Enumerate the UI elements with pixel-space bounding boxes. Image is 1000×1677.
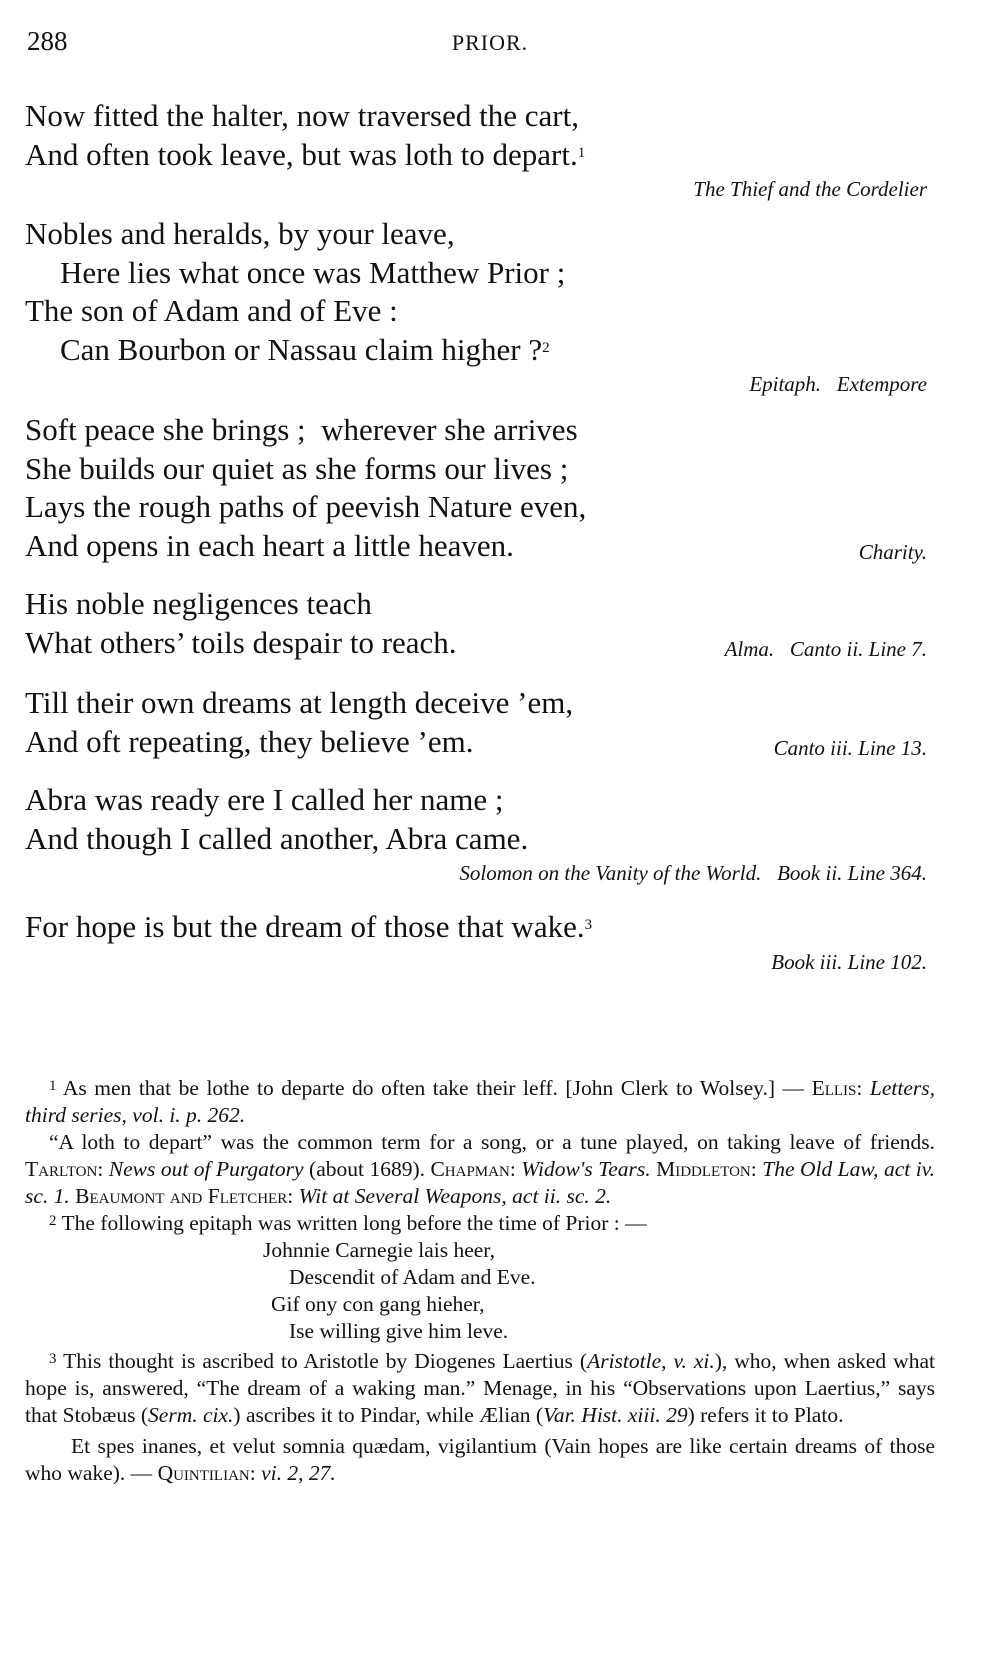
quote-solomon: Abra was ready ere I called her name ; A… (25, 781, 935, 888)
verse-line: Lays the rough paths of peevish Nature e… (25, 488, 935, 527)
quote-hope: For hope is but the dream of those that … (25, 908, 935, 977)
quote-epitaph: Nobles and heralds, by your leave, Here … (25, 215, 935, 399)
footnote-2: 2 The following epitaph was written long… (25, 1210, 935, 1237)
verse-line: The son of Adam and of Eve : (25, 292, 935, 331)
quote-thief-and-cordelier: Now fitted the halter, now traversed the… (25, 97, 935, 204)
page-header: 288 PRIOR. (25, 26, 935, 66)
quote-source: Charity. (859, 533, 927, 572)
quote-source: Alma. Canto ii. Line 7. (725, 630, 927, 669)
footnote-ref-2[interactable]: 2 (542, 340, 550, 356)
epitaph-line: Ise willing give him leve. (25, 1318, 935, 1345)
verse-line: Can Bourbon or Nassau claim higher ?2 (25, 331, 935, 370)
verse-line: And oft repeating, they believe ’em.Cant… (25, 723, 935, 762)
quote-charity: Soft peace she brings ; wherever she arr… (25, 411, 935, 565)
verse-line: She builds our quiet as she forms our li… (25, 450, 935, 489)
footnote-mark: 3 (49, 1351, 57, 1367)
footnote-mark: 1 (49, 1078, 57, 1094)
verse-line: What others’ toils despair to reach.Alma… (25, 624, 935, 663)
epitaph-line: Johnnie Carnegie lais heer, (25, 1237, 935, 1264)
footnote-3-latin: Et spes inanes, et velut somnia quædam, … (25, 1433, 935, 1487)
verse-line: Soft peace she brings ; wherever she arr… (25, 411, 935, 450)
quote-source: The Thief and the Cordelier (25, 174, 935, 204)
verse-line: Till their own dreams at length deceive … (25, 684, 935, 723)
verse-line: Now fitted the halter, now traversed the… (25, 97, 935, 136)
verse-line: And often took leave, but was loth to de… (25, 136, 935, 175)
verse-line: And opens in each heart a little heaven.… (25, 527, 935, 566)
quote-source: Epitaph. Extempore (25, 369, 935, 399)
quote-alma-canto-ii: His noble negligences teach What others’… (25, 585, 935, 662)
quote-alma-canto-iii: Till their own dreams at length deceive … (25, 684, 935, 761)
running-head: PRIOR. (25, 30, 935, 56)
footnote-1-continued: “A loth to depart” was the common term f… (25, 1129, 935, 1210)
footnote-mark: 2 (49, 1213, 57, 1229)
verse-line: His noble negligences teach (25, 585, 935, 624)
footnotes: 1 As men that be lothe to departe do oft… (25, 1075, 935, 1487)
quote-source: Canto iii. Line 13. (774, 729, 927, 768)
footnote-1: 1 As men that be lothe to departe do oft… (25, 1075, 935, 1129)
verse-line: Here lies what once was Matthew Prior ; (25, 254, 935, 293)
quote-source: Book iii. Line 102. (25, 947, 935, 977)
verse-line: Abra was ready ere I called her name ; (25, 781, 935, 820)
quote-source: Solomon on the Vanity of the World. Book… (25, 858, 935, 888)
footnote-ref-3[interactable]: 3 (585, 917, 593, 933)
epitaph-line: Descendit of Adam and Eve. (25, 1264, 935, 1291)
verse-line: For hope is but the dream of those that … (25, 908, 935, 947)
footnote-ref-1[interactable]: 1 (578, 145, 586, 161)
footnote-3: 3 This thought is ascribed to Aristotle … (25, 1348, 935, 1429)
verse-line: And though I called another, Abra came. (25, 820, 935, 859)
verse-line: Nobles and heralds, by your leave, (25, 215, 935, 254)
epitaph-line: Gif ony con gang hieher, (25, 1291, 935, 1318)
